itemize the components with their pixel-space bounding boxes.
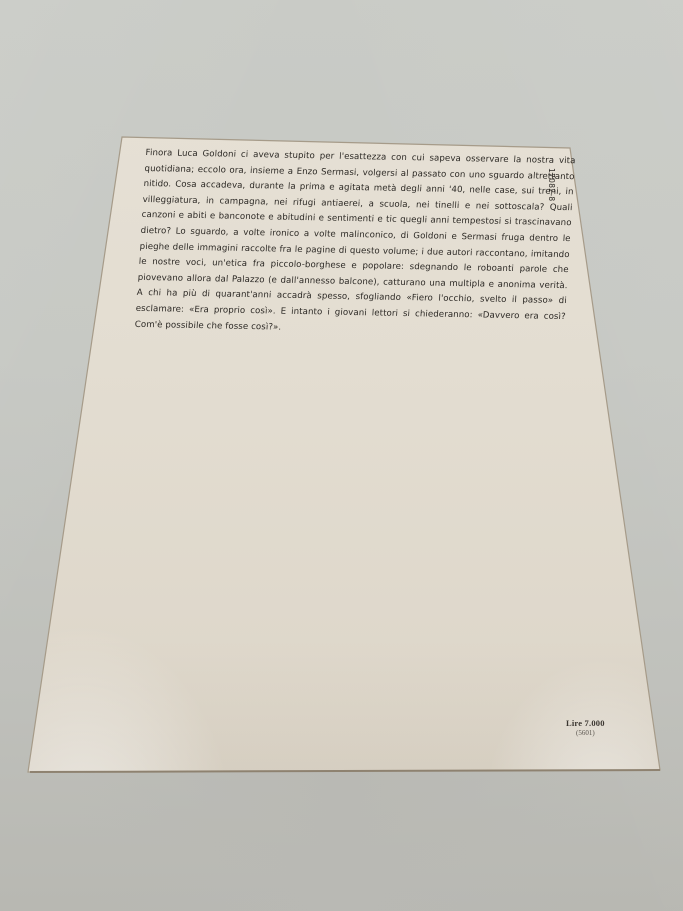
cover-glare <box>0 0 683 911</box>
blurb-text-block: Finora Luca Goldoni ci aveva stupito per… <box>134 146 576 341</box>
price-label: Lire 7.000 (5601) <box>566 718 605 737</box>
price-code: (5601) <box>566 729 605 737</box>
book-back-cover: Finora Luca Goldoni ci aveva stupito per… <box>0 0 683 911</box>
side-code: 17082-8 <box>547 168 556 201</box>
price-value: Lire 7.000 <box>566 718 605 728</box>
blurb-paragraph: Finora Luca Goldoni ci aveva stupito per… <box>134 146 576 341</box>
